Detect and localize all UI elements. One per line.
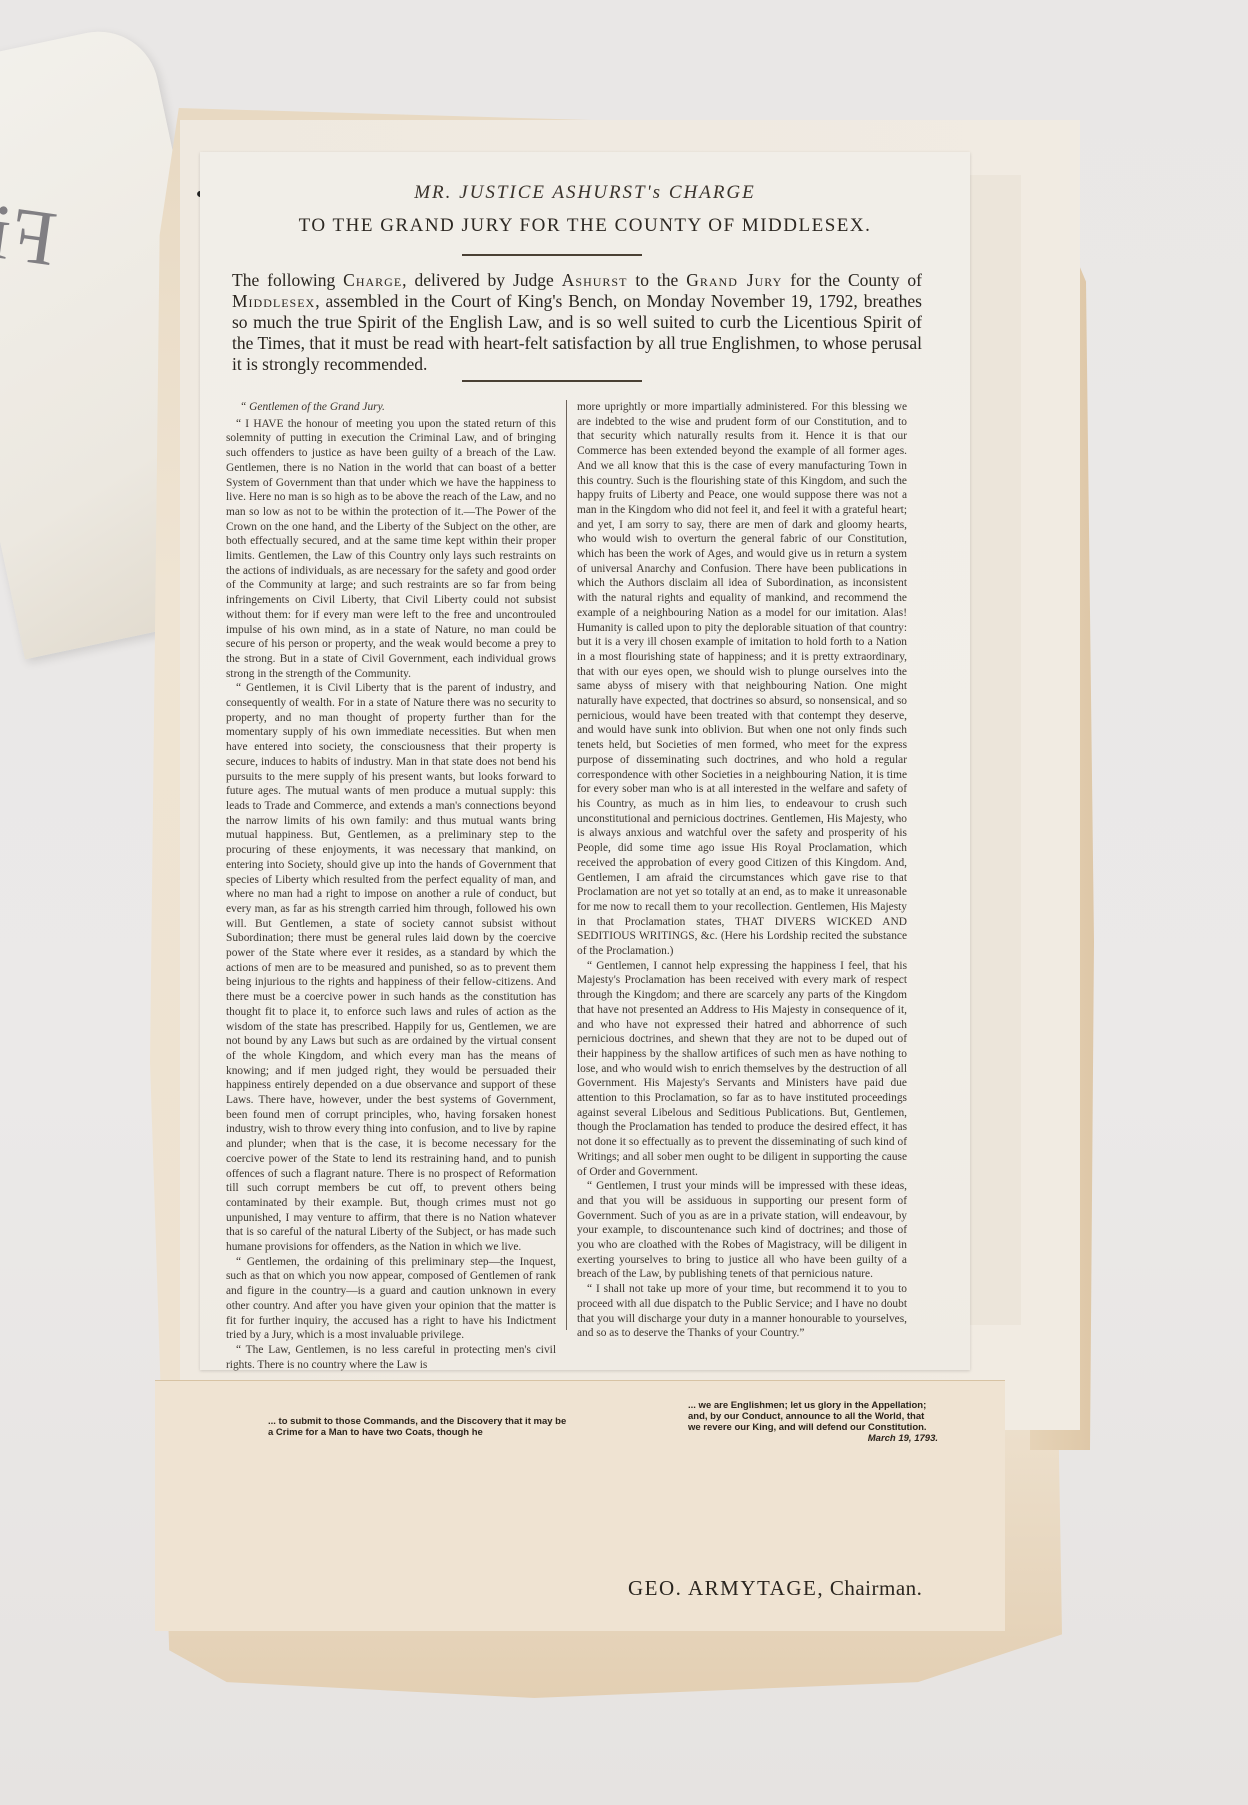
body-columns: “ Gentlemen of the Grand Jury. “ I HAVE …: [226, 400, 926, 1330]
title-line-1: MR. JUSTICE ASHURST's CHARGE: [200, 182, 970, 204]
underlying-date: March 19, 1793.: [868, 1433, 938, 1444]
salutation: “ Gentlemen of the Grand Jury.: [226, 400, 556, 415]
underlying-text-right: ... we are Englishmen; let us glory in t…: [688, 1400, 938, 1444]
paragraph: more uprightly or more impartially admin…: [577, 400, 907, 959]
paragraph: “ The Law, Gentlemen, is no less careful…: [226, 1343, 556, 1372]
intro-text: , delivered by Judge: [402, 270, 562, 290]
left-column: “ Gentlemen of the Grand Jury. “ I HAVE …: [226, 400, 566, 1330]
intro-county: Middlesex: [232, 291, 315, 311]
signatory-role: Chairman.: [830, 1576, 923, 1600]
signature: GEO. ARMYTAGE, Chairman.: [628, 1576, 922, 1601]
mirrored-title-text: Fift: [0, 178, 62, 284]
intro-paragraph: The following Charge, delivered by Judge…: [232, 270, 922, 375]
intro-text: , assembled in the Court of King's Bench…: [232, 291, 922, 374]
title-rule: [462, 254, 642, 256]
title-line-2: TO THE GRAND JURY FOR THE COUNTY OF MIDD…: [200, 215, 970, 237]
underlying-text-left: ... to submit to those Commands, and the…: [268, 1416, 568, 1438]
intro-text: to the: [627, 270, 686, 290]
intro-judge: Ashurst: [562, 270, 628, 290]
paragraph: “ I shall not take up more of your time,…: [577, 1282, 907, 1341]
underlying-text: ... we are Englishmen; let us glory in t…: [688, 1400, 927, 1433]
intro-grand-jury: Grand Jury: [686, 270, 782, 290]
paragraph: “ Gentlemen, the ordaining of this preli…: [226, 1255, 556, 1343]
printed-broadside: MR. JUSTICE ASHURST's CHARGE TO THE GRAN…: [200, 152, 970, 1370]
intro-text: The following: [232, 270, 343, 290]
paragraph: “ Gentlemen, I cannot help expressing th…: [577, 959, 907, 1180]
intro-rule: [462, 380, 642, 382]
paragraph: “ I HAVE the honour of meeting you upon …: [226, 417, 556, 682]
right-column: more uprightly or more impartially admin…: [566, 400, 907, 1330]
paragraph: “ Gentlemen, it is Civil Liberty that is…: [226, 681, 556, 1254]
intro-charge: Charge: [343, 270, 402, 290]
signatory-name: GEO. ARMYTAGE,: [628, 1576, 824, 1600]
paragraph: “ Gentlemen, I trust your minds will be …: [577, 1179, 907, 1282]
intro-text: for the County of: [782, 270, 922, 290]
